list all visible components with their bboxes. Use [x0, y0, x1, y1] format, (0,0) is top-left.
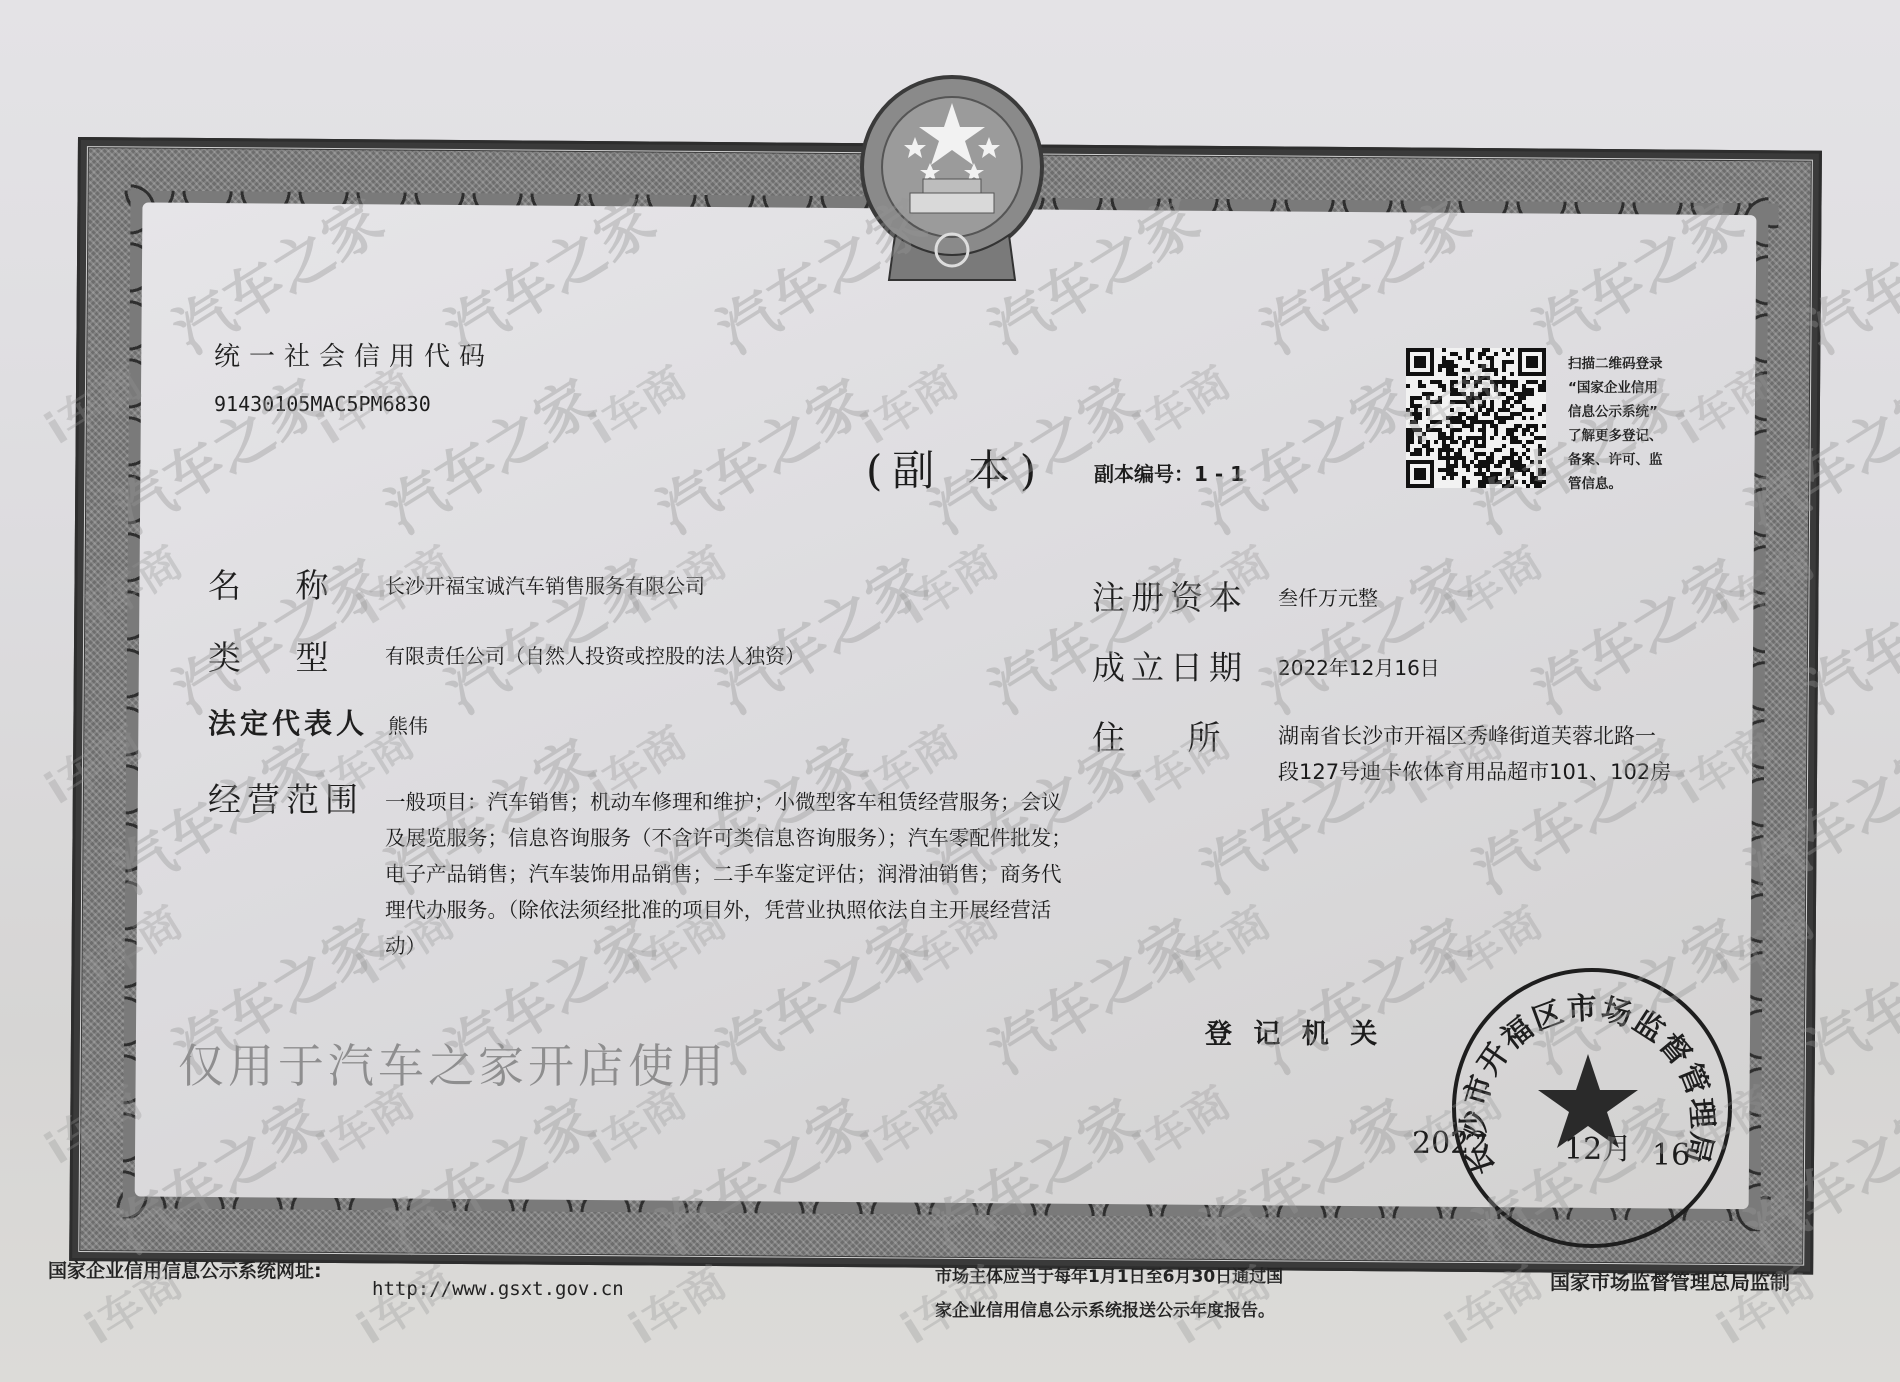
- copy-number-label: 副本编号：: [1094, 462, 1194, 486]
- registered-capital: 叁仟万元整: [1278, 582, 1378, 611]
- copy-number-value: 1 - 1: [1194, 462, 1244, 486]
- established-date: 2022年12月16日: [1278, 652, 1440, 681]
- capital-label: 注册资本: [1092, 572, 1248, 619]
- address-label: 住 所: [1092, 712, 1223, 759]
- footer-site-url[interactable]: http://www.gsxt.gov.cn: [372, 1278, 624, 1300]
- issue-year: 2022: [1412, 1126, 1488, 1161]
- authority-label: 登 记 机 关: [1205, 1012, 1383, 1051]
- address-line-2: 段127号迪卡侬体育用品超市101、102房: [1278, 754, 1671, 790]
- qr-caption: 扫描二维码登录“国家企业信用信息公示系统”了解更多登记、备案、许可、监管信息。: [1568, 352, 1698, 496]
- credit-code-value: 91430105MAC5PM6830: [214, 392, 431, 416]
- footer-site-label: 国家企业信用信息公示系统网址:: [48, 1256, 322, 1283]
- scope-label: 经营范围: [208, 774, 364, 821]
- issue-day: 16: [1652, 1138, 1690, 1173]
- issue-month: 12月: [1564, 1124, 1632, 1168]
- established-label: 成立日期: [1092, 642, 1248, 689]
- address-value: 湖南省长沙市开福区秀峰街道芙蓉北路一 段127号迪卡侬体育用品超市101、102…: [1278, 718, 1671, 790]
- national-emblem-icon: [855, 75, 1050, 295]
- legal-rep-label: 法定代表人: [208, 702, 368, 742]
- company-type: 有限责任公司（自然人投资或控股的法人独资）: [385, 640, 805, 669]
- usage-restriction-note: 仅用于汽车之家开店使用: [178, 1030, 728, 1096]
- company-name: 长沙开福宝诚汽车销售服务有限公司: [385, 570, 705, 599]
- official-seal: 长沙市开福区市场监督管理局: [1452, 968, 1732, 1248]
- copy-title: (副 本): [866, 438, 1046, 498]
- qr-code-icon[interactable]: [1406, 348, 1546, 488]
- footer-annual-report-note: 市场主体应当于每年1月1日至6月30日通过国 家企业信用信息公示系统报送公示年度…: [935, 1260, 1283, 1328]
- legal-rep-value: 熊伟: [388, 710, 428, 739]
- business-scope: 一般项目：汽车销售；机动车修理和维护；小微型客车租赁经营服务；会议及展览服务；信…: [385, 784, 1075, 964]
- address-line-1: 湖南省长沙市开福区秀峰街道芙蓉北路一: [1278, 718, 1671, 754]
- seal-star-icon: 长沙市开福区市场监督管理局: [1452, 968, 1724, 1240]
- copy-number: 副本编号：1 - 1: [1094, 458, 1244, 487]
- credit-code-label: 统一社会信用代码: [214, 336, 494, 373]
- footer-issuer: 国家市场监督管理总局监制: [1550, 1266, 1790, 1295]
- type-label: 类 型: [208, 632, 331, 679]
- name-label: 名 称: [208, 560, 331, 607]
